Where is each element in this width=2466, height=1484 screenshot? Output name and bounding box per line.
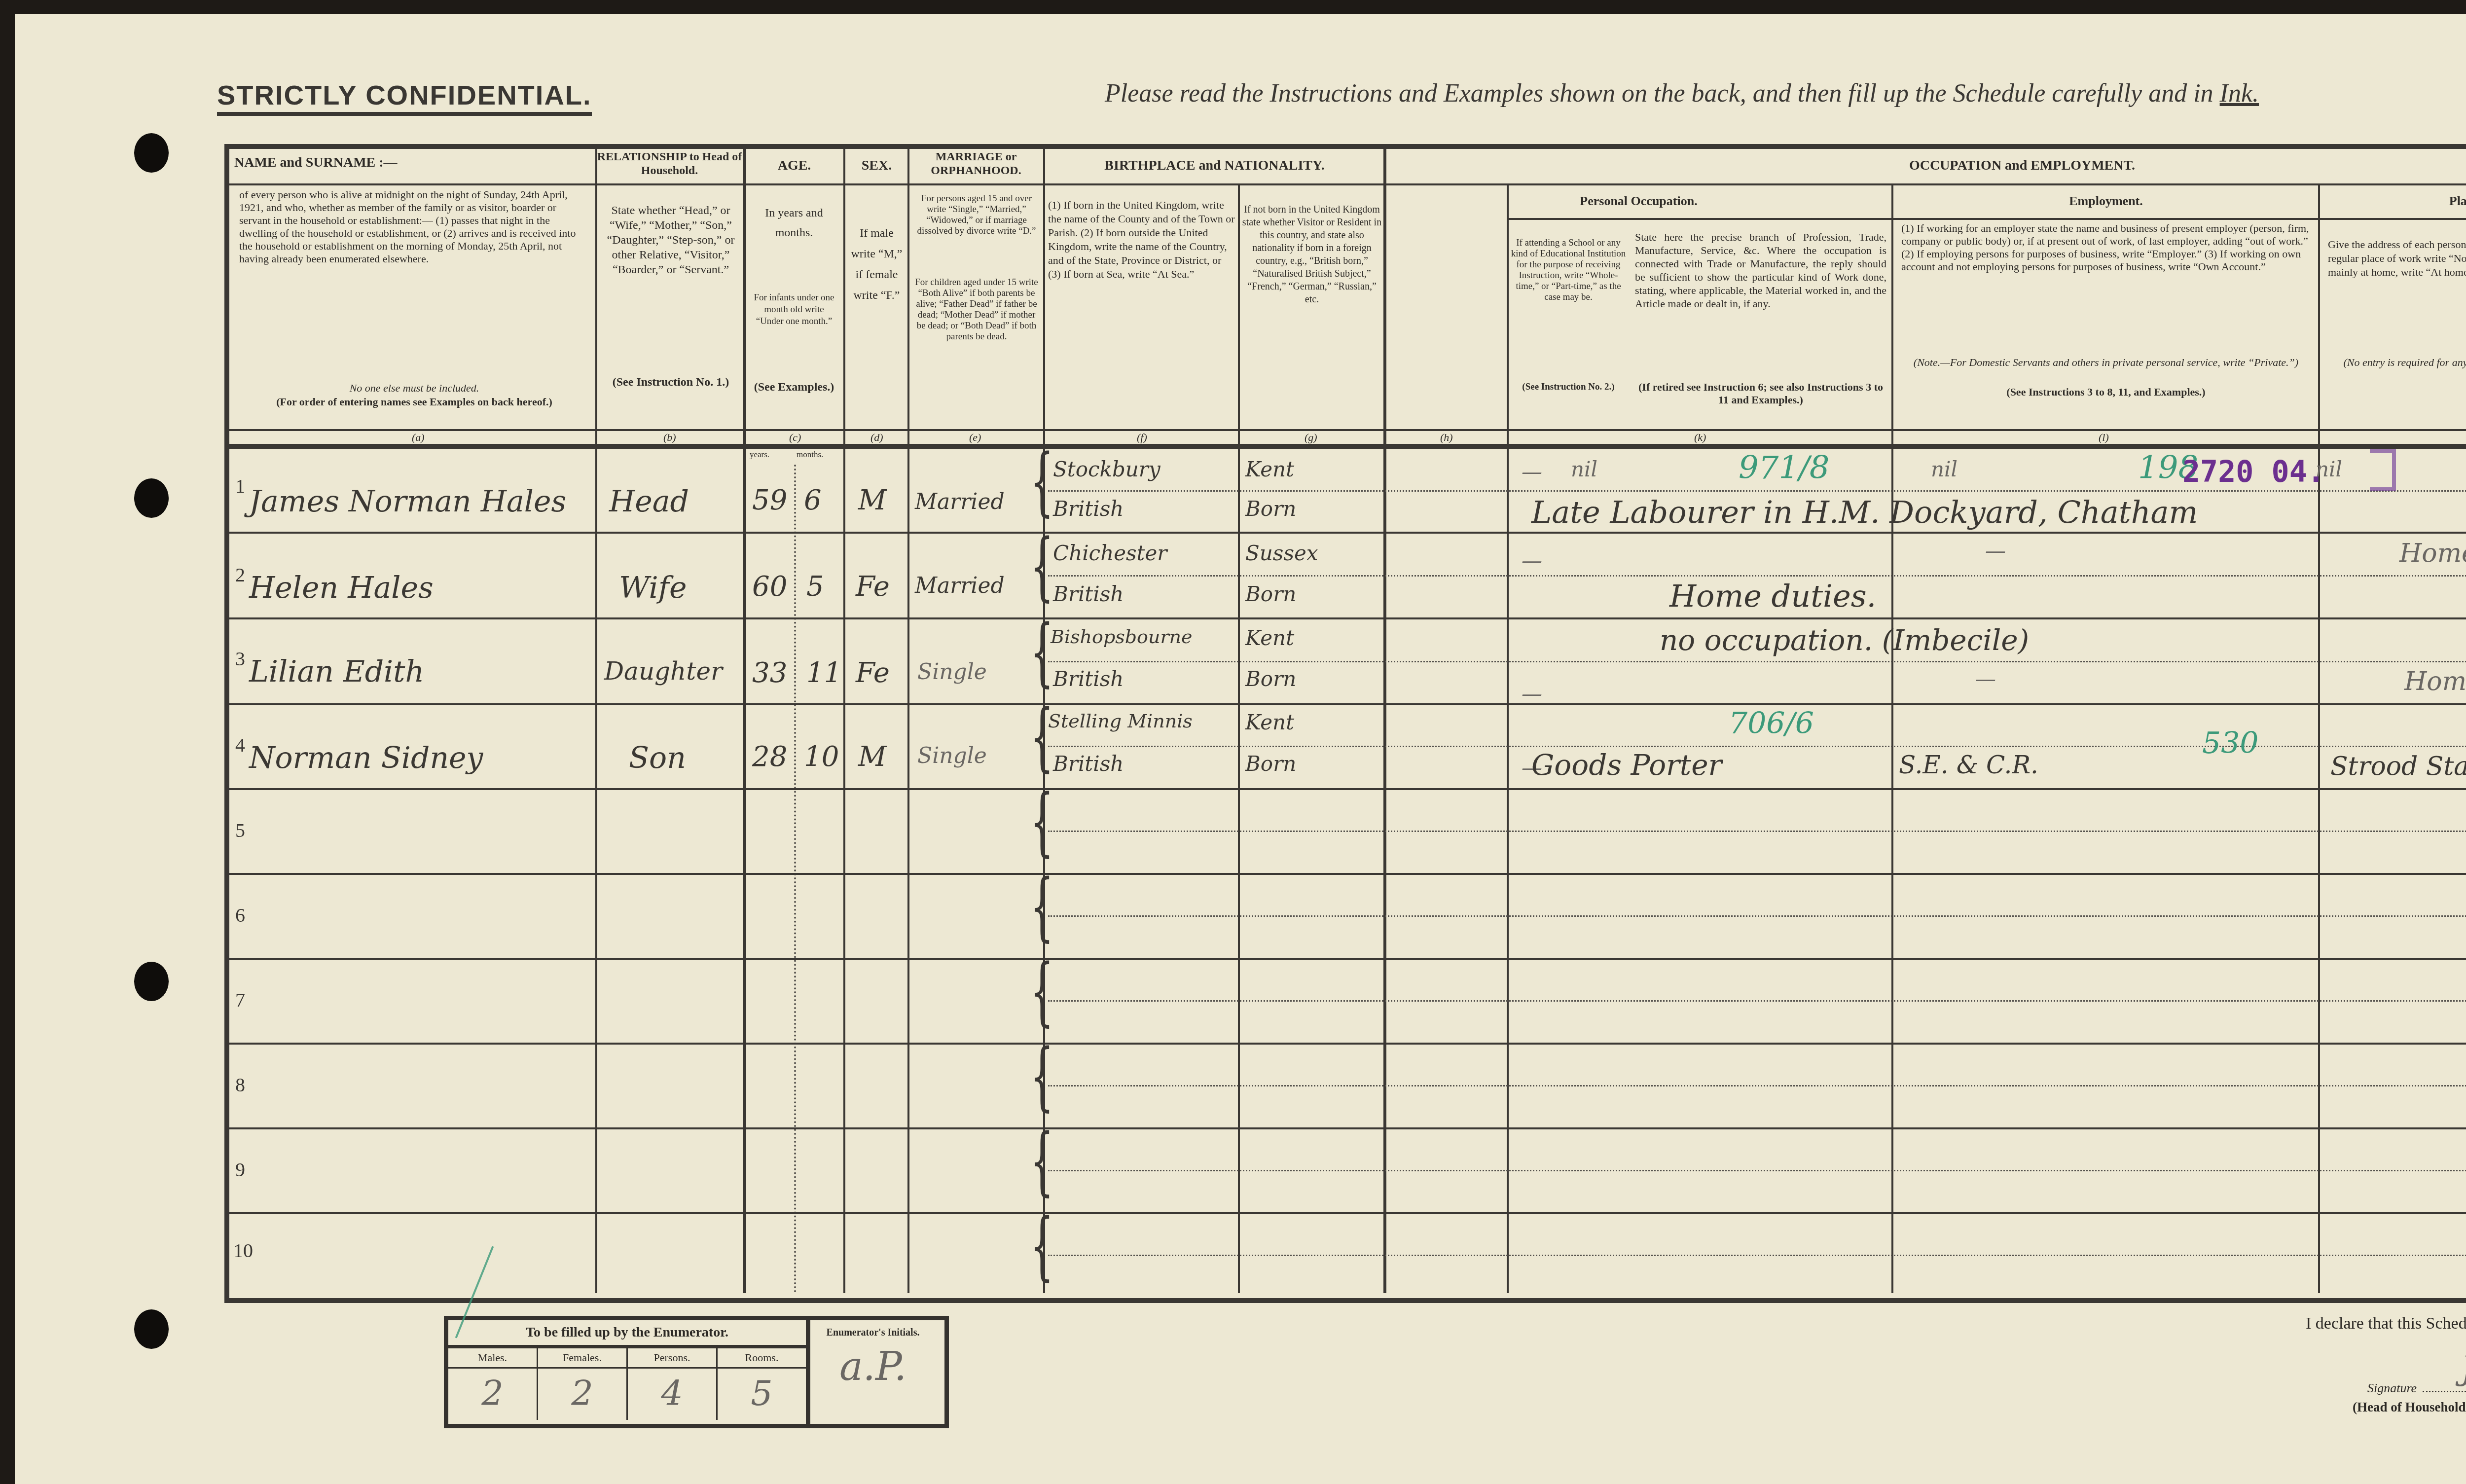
sex[interactable]: Fe bbox=[856, 657, 890, 689]
column-header-sex: SEX. bbox=[846, 158, 907, 174]
employment-code: 530 bbox=[2202, 726, 2259, 760]
occupation[interactable]: Goods Porter bbox=[1531, 748, 1722, 782]
enumerator-initials[interactable]: a.P. bbox=[801, 1343, 944, 1389]
nationality[interactable]: British bbox=[1053, 752, 1124, 776]
persons-count[interactable]: 4 bbox=[628, 1369, 716, 1418]
age-years[interactable]: 59 bbox=[752, 484, 787, 516]
birthplace-town[interactable]: Stockbury bbox=[1053, 457, 1160, 481]
females-cell: Females. 2 bbox=[538, 1348, 628, 1420]
marital-status[interactable]: Single bbox=[917, 743, 987, 768]
relationship[interactable]: Head bbox=[609, 484, 689, 519]
males-count[interactable]: 2 bbox=[448, 1369, 537, 1418]
females-count[interactable]: 2 bbox=[538, 1369, 626, 1418]
person-name[interactable]: James Norman Hales bbox=[249, 484, 566, 519]
nationality[interactable]: British bbox=[1053, 497, 1124, 521]
punch-hole bbox=[134, 478, 169, 518]
birthplace-town[interactable]: Chichester bbox=[1053, 541, 1167, 565]
birthplace-county[interactable]: Kent bbox=[1245, 457, 1294, 481]
school-attendance[interactable]: — bbox=[1522, 460, 1542, 484]
birthplace-county[interactable]: Kent bbox=[1245, 710, 1294, 734]
relationship[interactable]: Daughter bbox=[604, 657, 723, 686]
person-name[interactable]: Norman Sidney bbox=[249, 741, 483, 775]
nationality[interactable]: British bbox=[1053, 667, 1124, 691]
nationality-status[interactable]: Born bbox=[1245, 667, 1296, 691]
sex[interactable]: M bbox=[858, 484, 886, 516]
stamp-frame bbox=[2370, 449, 2396, 491]
rooms-count[interactable]: 5 bbox=[718, 1369, 806, 1418]
employment[interactable]: — bbox=[1975, 667, 1996, 691]
age-months[interactable]: 11 bbox=[806, 657, 841, 689]
marital-status[interactable]: Single bbox=[917, 659, 987, 685]
census-table: NAME and SURNAME :— of every person who … bbox=[224, 144, 2466, 1303]
signature[interactable]: James Norman Hales bbox=[2461, 1349, 2466, 1388]
signature-note: (Head of Household, Manager of Establish… bbox=[2353, 1400, 2466, 1415]
marital-status[interactable]: Married bbox=[915, 489, 1005, 514]
nationality[interactable]: British bbox=[1053, 582, 1124, 606]
sex[interactable]: M bbox=[858, 741, 886, 773]
instructions-line: Please read the Instructions and Example… bbox=[1105, 79, 2259, 108]
relationship[interactable]: Wife bbox=[619, 571, 687, 605]
age-months[interactable]: 6 bbox=[804, 484, 822, 516]
office-stamp: 2720 04. bbox=[2182, 455, 2325, 489]
age-years[interactable]: 28 bbox=[752, 741, 787, 773]
occupation[interactable]: Home duties. bbox=[1669, 578, 1876, 614]
punch-hole bbox=[134, 962, 169, 1001]
enumerator-totals-box: To be filled up by the Enumerator. Males… bbox=[444, 1316, 810, 1428]
nationality-status[interactable]: Born bbox=[1245, 752, 1296, 776]
punch-hole bbox=[134, 1309, 169, 1349]
column-header-marriage: MARRIAGE or ORPHANHOOD. bbox=[910, 150, 1042, 178]
rooms-cell: Rooms. 5 bbox=[718, 1348, 806, 1420]
males-cell: Males. 2 bbox=[448, 1348, 538, 1420]
column-header-relationship: RELATIONSHIP to Head of Household. bbox=[597, 150, 742, 178]
birthplace-county[interactable]: Kent bbox=[1245, 626, 1294, 650]
place-of-work[interactable]: Strood Station bbox=[2330, 752, 2466, 781]
occupation[interactable]: no occupation. (Imbecile) bbox=[1660, 623, 2029, 657]
age-years[interactable]: 60 bbox=[752, 571, 787, 603]
employment[interactable]: S.E. & C.R. bbox=[1899, 751, 2038, 779]
column-header-age: AGE. bbox=[746, 158, 842, 174]
column-header-occupation: OCCUPATION and EMPLOYMENT. bbox=[1386, 158, 2466, 174]
place-of-work[interactable]: Home bbox=[2404, 667, 2466, 696]
person-name[interactable]: Helen Hales bbox=[249, 571, 434, 605]
school-attendance[interactable]: — bbox=[1522, 548, 1542, 573]
school-attendance[interactable]: — bbox=[1522, 682, 1542, 706]
relationship[interactable]: Son bbox=[629, 741, 686, 775]
employment[interactable]: — bbox=[1985, 539, 2006, 563]
person-name[interactable]: Lilian Edith bbox=[249, 654, 424, 689]
persons-cell: Persons. 4 bbox=[628, 1348, 718, 1420]
age-years[interactable]: 33 bbox=[752, 657, 787, 689]
occupation-code: 706/6 bbox=[1729, 706, 1814, 741]
declaration-text: I declare that this Schedule is correctl… bbox=[2306, 1314, 2466, 1333]
place-of-work[interactable]: Home bbox=[2399, 539, 2466, 568]
signature-line bbox=[2423, 1391, 2466, 1392]
birthplace-town[interactable]: Bishopsbourne bbox=[1051, 626, 1193, 648]
sex[interactable]: Fe bbox=[856, 571, 890, 603]
nationality-status[interactable]: Born bbox=[1245, 582, 1296, 606]
occupation[interactable]: Late Labourer in H.M. Dockyard, Chatham bbox=[1531, 494, 2198, 530]
birthplace-town[interactable]: Stelling Minnis bbox=[1048, 710, 1193, 732]
punch-hole bbox=[134, 133, 169, 173]
occupation-code: 971/8 bbox=[1739, 450, 1829, 486]
signature-label: Signature bbox=[2367, 1381, 2417, 1396]
column-header-birthplace: BIRTHPLACE and NATIONALITY. bbox=[1046, 158, 1383, 174]
marital-status[interactable]: Married bbox=[915, 573, 1005, 598]
birthplace-county[interactable]: Sussex bbox=[1245, 541, 1318, 565]
age-months[interactable]: 10 bbox=[804, 741, 839, 773]
column-header-name: NAME and SURNAME :— bbox=[234, 155, 594, 171]
page-title: STRICTLY CONFIDENTIAL. bbox=[217, 79, 592, 116]
nationality-status[interactable]: Born bbox=[1245, 497, 1296, 521]
enumerator-initials-box: Enumerator's Initials. a.P. bbox=[801, 1316, 949, 1428]
age-months[interactable]: 5 bbox=[806, 571, 824, 603]
